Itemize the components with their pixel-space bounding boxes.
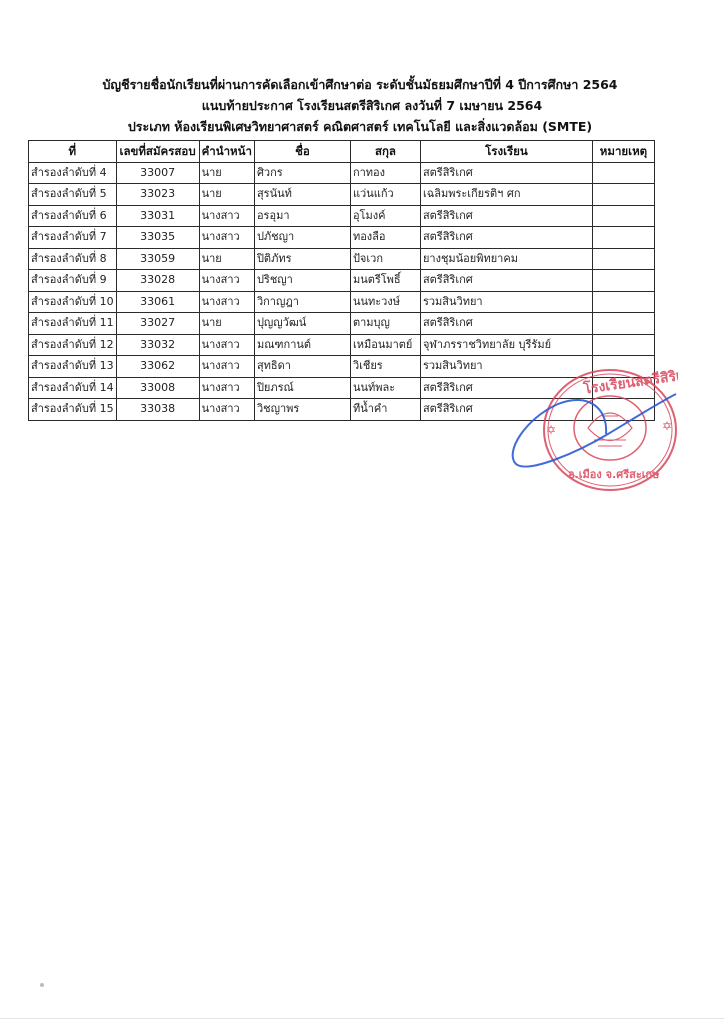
seal-icon: โรงเรียนสตรีสิริเกศ อ.เมือง จ.ศรีสะเกษ ✡… xyxy=(544,368,678,490)
cell-app-id: 33028 xyxy=(116,270,199,292)
cell-prefix: นาย xyxy=(199,184,254,206)
cell-last-name: เหมือนมาตย์ xyxy=(350,334,420,356)
cell-last-name: ทีน้ำคำ xyxy=(350,399,420,421)
header-school: โรงเรียน xyxy=(420,141,592,163)
cell-school: สตรีสิริเกศ xyxy=(420,313,592,335)
title-line-2: แนบท้ายประกาศ โรงเรียนสตรีสิริเกศ ลงวันท… xyxy=(60,95,660,116)
cell-school: สตรีสิริเกศ xyxy=(420,205,592,227)
cell-note xyxy=(592,291,654,313)
table-row: สำรองลำดับที่ 1133027นายปุญญวัฒน์ตามบุญส… xyxy=(29,313,655,335)
cell-app-id: 33027 xyxy=(116,313,199,335)
table-row: สำรองลำดับที่ 533023นายสุรนันท์แว่นแก้วเ… xyxy=(29,184,655,206)
cell-last-name: กาทอง xyxy=(350,162,420,184)
cell-school: เฉลิมพระเกียรติฯ ศก xyxy=(420,184,592,206)
cell-first-name: สุรนันท์ xyxy=(254,184,350,206)
cell-rank: สำรองลำดับที่ 10 xyxy=(29,291,117,313)
header-rank: ที่ xyxy=(29,141,117,163)
table-row: สำรองลำดับที่ 1033061นางสาววิกาญฎานนทะวง… xyxy=(29,291,655,313)
cell-prefix: นางสาว xyxy=(199,334,254,356)
page-edge-line xyxy=(0,1018,724,1019)
cell-rank: สำรองลำดับที่ 9 xyxy=(29,270,117,292)
svg-text:✡: ✡ xyxy=(662,419,672,433)
cell-first-name: ปภัชญา xyxy=(254,227,350,249)
cell-prefix: นางสาว xyxy=(199,291,254,313)
cell-rank: สำรองลำดับที่ 11 xyxy=(29,313,117,335)
header-last-name: สกุล xyxy=(350,141,420,163)
cell-rank: สำรองลำดับที่ 4 xyxy=(29,162,117,184)
table-row: สำรองลำดับที่ 733035นางสาวปภัชญาทองลือสต… xyxy=(29,227,655,249)
cell-first-name: ปุญญวัฒน์ xyxy=(254,313,350,335)
svg-text:✡: ✡ xyxy=(546,423,556,437)
cell-first-name: วิกาญฎา xyxy=(254,291,350,313)
cell-rank: สำรองลำดับที่ 14 xyxy=(29,377,117,399)
cell-last-name: ตามบุญ xyxy=(350,313,420,335)
cell-note xyxy=(592,227,654,249)
title-line-3: ประเภท ห้องเรียนพิเศษวิทยาศาสตร์ คณิตศาส… xyxy=(60,116,660,137)
title-line-1: บัญชีรายชื่อนักเรียนที่ผ่านการคัดเลือกเข… xyxy=(60,74,660,95)
cell-first-name: อรอุมา xyxy=(254,205,350,227)
signature-icon xyxy=(513,394,676,467)
cell-school: ยางชุมน้อยพิทยาคม xyxy=(420,248,592,270)
cell-prefix: นางสาว xyxy=(199,377,254,399)
document-title: บัญชีรายชื่อนักเรียนที่ผ่านการคัดเลือกเข… xyxy=(60,74,660,137)
cell-app-id: 33023 xyxy=(116,184,199,206)
cell-rank: สำรองลำดับที่ 13 xyxy=(29,356,117,378)
cell-school: รวมสินวิทยา xyxy=(420,291,592,313)
cell-app-id: 33032 xyxy=(116,334,199,356)
cell-first-name: ปิยภรณ์ xyxy=(254,377,350,399)
cell-school: สตรีสิริเกศ xyxy=(420,162,592,184)
cell-prefix: นางสาว xyxy=(199,205,254,227)
cell-first-name: สุทธิดา xyxy=(254,356,350,378)
cell-app-id: 33059 xyxy=(116,248,199,270)
header-prefix: คำนำหน้า xyxy=(199,141,254,163)
cell-prefix: นางสาว xyxy=(199,399,254,421)
cell-prefix: นาย xyxy=(199,313,254,335)
table-header-row: ที่ เลขที่สมัครสอบ คำนำหน้า ชื่อ สกุล โร… xyxy=(29,141,655,163)
scan-speck xyxy=(40,983,44,987)
cell-prefix: นาย xyxy=(199,162,254,184)
table-row: สำรองลำดับที่ 1233032นางสาวมณฑกานต์เหมือ… xyxy=(29,334,655,356)
svg-text:อ.เมือง จ.ศรีสะเกษ: อ.เมือง จ.ศรีสะเกษ xyxy=(568,468,660,481)
cell-last-name: มนตรีโพธิ์ xyxy=(350,270,420,292)
cell-school: สตรีสิริเกศ xyxy=(420,227,592,249)
cell-rank: สำรองลำดับที่ 6 xyxy=(29,205,117,227)
table-row: สำรองลำดับที่ 833059นายปิติภัทรปัจเวกยาง… xyxy=(29,248,655,270)
cell-school: จุฬาภรราชวิทยาลัย บุรีรัมย์ xyxy=(420,334,592,356)
cell-note xyxy=(592,313,654,335)
cell-app-id: 33038 xyxy=(116,399,199,421)
cell-school: สตรีสิริเกศ xyxy=(420,270,592,292)
cell-first-name: ปิติภัทร xyxy=(254,248,350,270)
cell-prefix: นางสาว xyxy=(199,270,254,292)
cell-app-id: 33031 xyxy=(116,205,199,227)
cell-app-id: 33062 xyxy=(116,356,199,378)
cell-prefix: นาย xyxy=(199,248,254,270)
cell-app-id: 33008 xyxy=(116,377,199,399)
header-note: หมายเหตุ xyxy=(592,141,654,163)
cell-prefix: นางสาว xyxy=(199,227,254,249)
cell-last-name: ปัจเวก xyxy=(350,248,420,270)
cell-note xyxy=(592,162,654,184)
cell-rank: สำรองลำดับที่ 5 xyxy=(29,184,117,206)
school-seal-stamp: โรงเรียนสตรีสิริเกศ อ.เมือง จ.ศรีสะเกษ ✡… xyxy=(498,368,678,498)
cell-first-name: วิชญาพร xyxy=(254,399,350,421)
cell-prefix: นางสาว xyxy=(199,356,254,378)
cell-rank: สำรองลำดับที่ 7 xyxy=(29,227,117,249)
cell-rank: สำรองลำดับที่ 15 xyxy=(29,399,117,421)
cell-app-id: 33035 xyxy=(116,227,199,249)
cell-note xyxy=(592,334,654,356)
cell-last-name: แว่นแก้ว xyxy=(350,184,420,206)
cell-first-name: มณฑกานต์ xyxy=(254,334,350,356)
table-row: สำรองลำดับที่ 433007นายศิวกรกาทองสตรีสิร… xyxy=(29,162,655,184)
cell-last-name: นนทะวงษ์ xyxy=(350,291,420,313)
cell-note xyxy=(592,248,654,270)
table-row: สำรองลำดับที่ 933028นางสาวปริชญามนตรีโพธ… xyxy=(29,270,655,292)
cell-note xyxy=(592,205,654,227)
table-row: สำรองลำดับที่ 633031นางสาวอรอุมาอุโมงค์ส… xyxy=(29,205,655,227)
cell-last-name: ทองลือ xyxy=(350,227,420,249)
cell-last-name: วิเชียร xyxy=(350,356,420,378)
cell-app-id: 33007 xyxy=(116,162,199,184)
cell-rank: สำรองลำดับที่ 8 xyxy=(29,248,117,270)
cell-first-name: ศิวกร xyxy=(254,162,350,184)
header-first-name: ชื่อ xyxy=(254,141,350,163)
cell-first-name: ปริชญา xyxy=(254,270,350,292)
header-app-id: เลขที่สมัครสอบ xyxy=(116,141,199,163)
cell-note xyxy=(592,270,654,292)
cell-rank: สำรองลำดับที่ 12 xyxy=(29,334,117,356)
cell-app-id: 33061 xyxy=(116,291,199,313)
cell-last-name: นนท์พละ xyxy=(350,377,420,399)
cell-note xyxy=(592,184,654,206)
cell-last-name: อุโมงค์ xyxy=(350,205,420,227)
